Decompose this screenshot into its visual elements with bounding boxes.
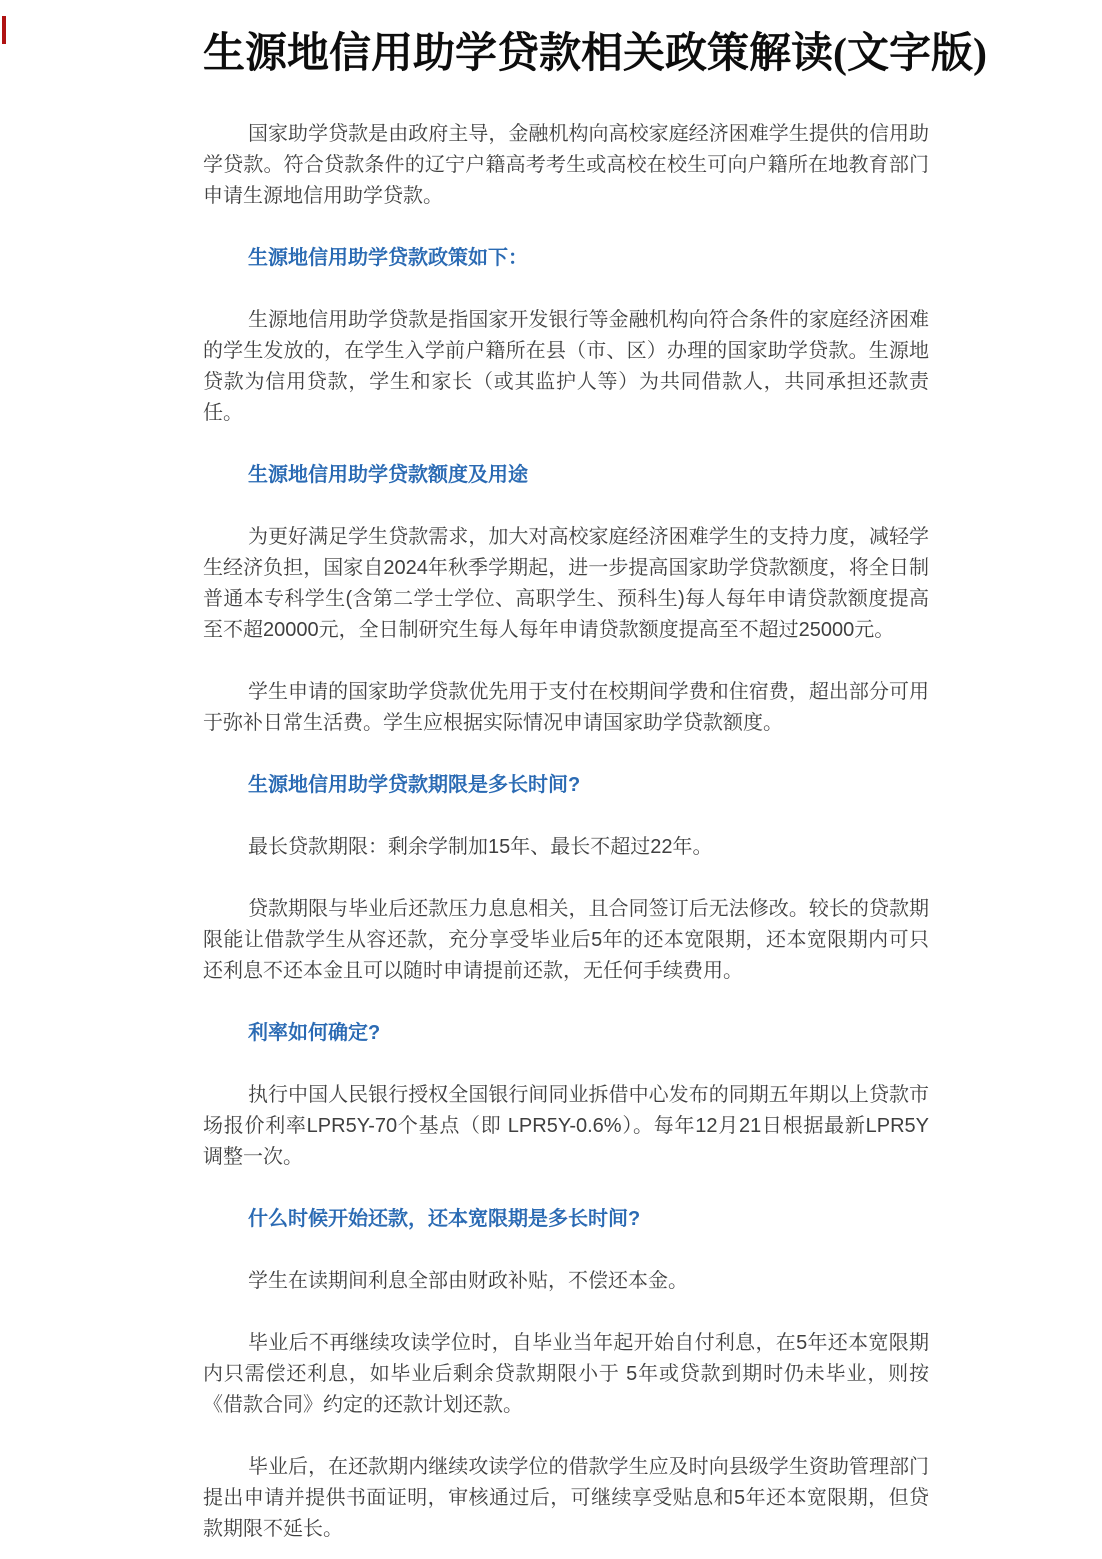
paragraph: 为更好满足学生贷款需求，加大对高校家庭经济困难学生的支持力度，减轻学生经济负担，… [203, 522, 929, 646]
paragraph: 贷款期限与毕业后还款压力息息相关，且合同签订后无法修改。较长的贷款期限能让借款学… [203, 894, 929, 987]
section-heading: 生源地信用助学贷款政策如下： [203, 243, 929, 274]
paragraph: 国家助学贷款是由政府主导，金融机构向高校家庭经济困难学生提供的信用助学贷款。符合… [203, 119, 929, 212]
paragraph: 毕业后，在还款期内继续攻读学位的借款学生应及时向县级学生资助管理部门提出申请并提… [203, 1452, 929, 1545]
paragraph: 毕业后不再继续攻读学位时，自毕业当年起开始自付利息，在5年还本宽限期内只需偿还利… [203, 1328, 929, 1421]
section-heading: 利率如何确定? [203, 1018, 929, 1049]
document-page: 生源地信用助学贷款相关政策解读(文字版) 国家助学贷款是由政府主导，金融机构向高… [203, 28, 929, 1545]
paragraph: 最长贷款期限：剩余学制加15年、最长不超过22年。 [203, 832, 929, 863]
page-title: 生源地信用助学贷款相关政策解读(文字版) [203, 28, 929, 81]
paragraph: 生源地信用助学贷款是指国家开发银行等金融机构向符合条件的家庭经济困难的学生发放的… [203, 305, 929, 429]
section-heading: 生源地信用助学贷款期限是多长时间? [203, 770, 929, 801]
page-edge-mark [2, 16, 6, 44]
paragraph: 学生申请的国家助学贷款优先用于支付在校期间学费和住宿费，超出部分可用于弥补日常生… [203, 677, 929, 739]
section-heading: 生源地信用助学贷款额度及用途 [203, 460, 929, 491]
paragraph: 学生在读期间利息全部由财政补贴，不偿还本金。 [203, 1266, 929, 1297]
paragraph: 执行中国人民银行授权全国银行间同业拆借中心发布的同期五年期以上贷款市场报价利率L… [203, 1080, 929, 1173]
article: 国家助学贷款是由政府主导，金融机构向高校家庭经济困难学生提供的信用助学贷款。符合… [203, 119, 929, 1545]
section-heading: 什么时候开始还款，还本宽限期是多长时间? [203, 1204, 929, 1235]
